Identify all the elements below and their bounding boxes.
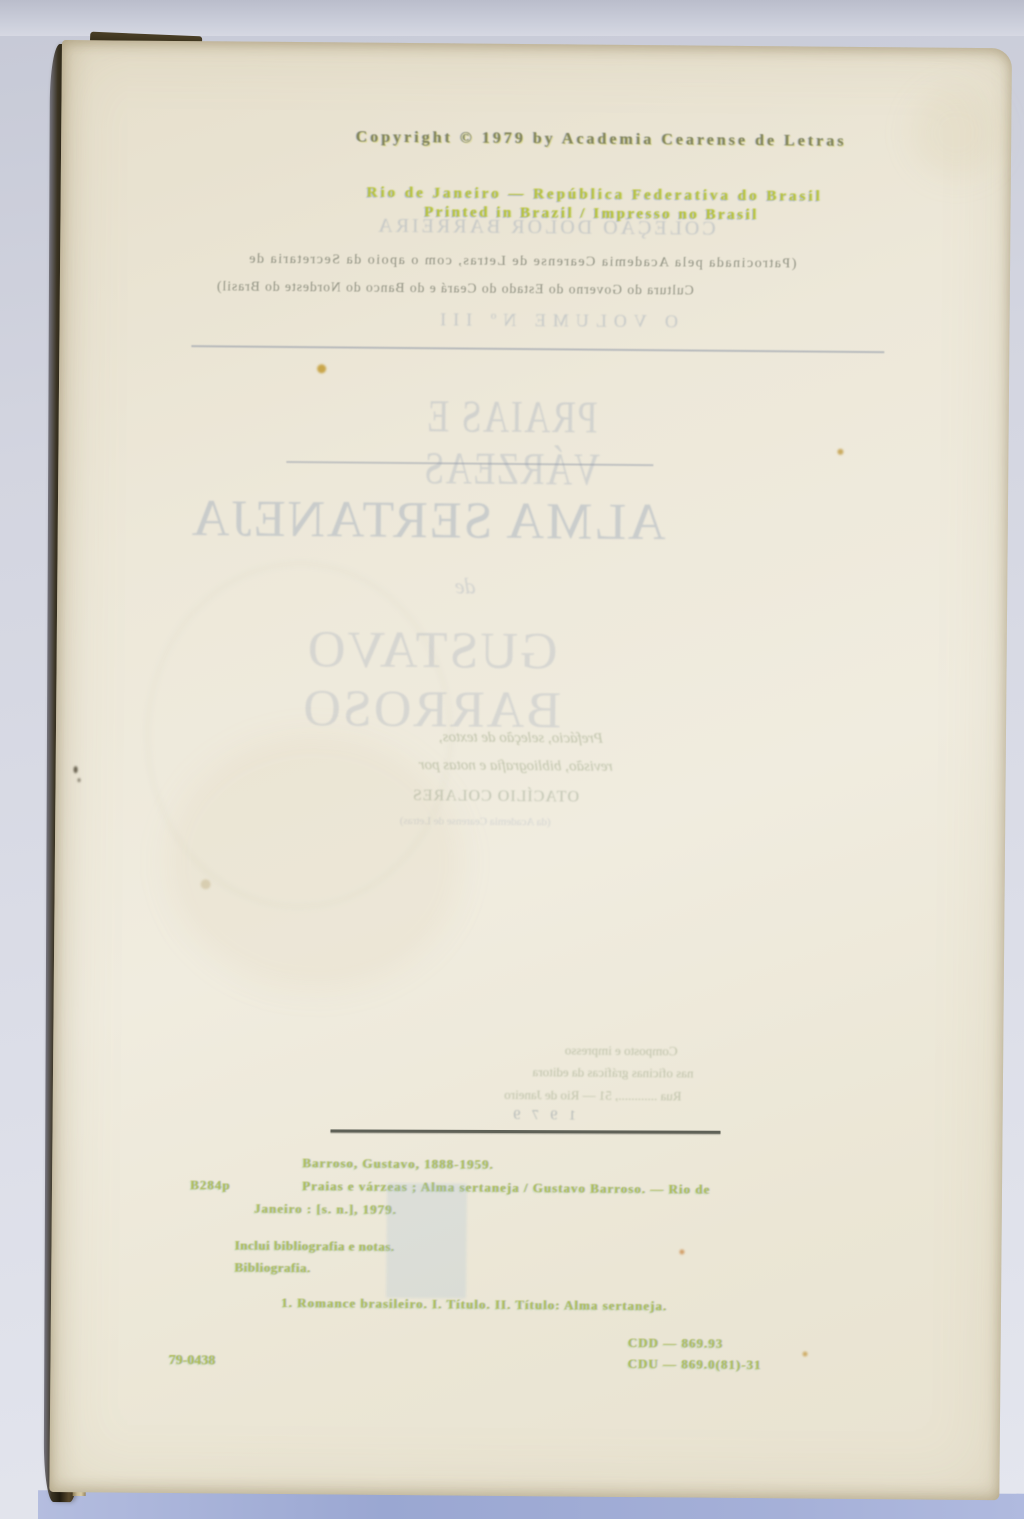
bleed-sponsor-line-1: (Patrocinada pela Academia Cearense de L… (162, 251, 882, 273)
bleed-collection-title: COLEÇÃO DOLOR BARREIRA (315, 214, 775, 241)
cip-title-line: Praias e várzeas ; Alma sertaneja / Gust… (302, 1178, 710, 1198)
copyright-line: Copyright © 1979 by Academia Cearense de… (301, 128, 901, 151)
cip-author-line: Barroso, Gustavo, 1888-1959. (302, 1155, 493, 1173)
bleed-imprint-line-1: Composto e impresso (491, 1042, 751, 1060)
bleed-series-title: PRAIAS E VÁRZEAS (383, 390, 640, 496)
cip-note-line-2: Bibliografia. (234, 1260, 310, 1277)
bleed-byline: de (415, 573, 515, 600)
cip-note-line: Inclui bibliografia e notas. (234, 1238, 394, 1255)
cdd-number: CDD — 869.93 (628, 1335, 724, 1352)
divider-rule-top (191, 345, 884, 353)
bleed-main-title: ALMA SERTANEJA (178, 489, 678, 552)
foxing-spot (837, 449, 843, 455)
bleed-imprint-line-2: nas oficinas gráficas da editora (473, 1064, 753, 1082)
cip-call-number: B284p (190, 1177, 231, 1193)
bleed-imprint-line-3: Rua ............, 51 — Rio de Janeiro (433, 1086, 753, 1105)
library-stamp (386, 1183, 467, 1299)
control-number: 79-0438 (168, 1353, 215, 1369)
book-page: Copyright © 1979 by Academia Cearense de… (49, 40, 1012, 1500)
foxing-spot (201, 879, 211, 889)
place-line: Rio de Janeiro — República Federativa do… (305, 184, 885, 206)
paper-stain (164, 731, 466, 994)
foxing-spot (679, 1249, 684, 1254)
edge-speck (78, 778, 81, 782)
book-photo: Copyright © 1979 by Academia Cearense de… (0, 0, 1024, 1519)
backdrop-top-band (0, 0, 1024, 36)
catalog-top-rule (330, 1129, 720, 1133)
bleed-volume-line: O VOLUME Nº III (405, 309, 705, 333)
foxing-spot (317, 364, 326, 373)
paper-stain-top-right (911, 87, 1002, 178)
bleed-imprint-year: 1 9 7 9 (453, 1107, 633, 1125)
bleed-sponsor-line-2: Cultura do Governo do Estado do Ceará e … (145, 278, 765, 299)
cip-tracing-line: 1. Romance brasileiro. I. Título. II. Tí… (281, 1295, 667, 1314)
foxing-spot (803, 1352, 808, 1357)
cip-imprint-line: Janeiro : [s. n.], 1979. (254, 1201, 397, 1218)
edge-speck (74, 766, 78, 773)
cdu-number: CDU — 869.0(81)-31 (627, 1356, 761, 1373)
